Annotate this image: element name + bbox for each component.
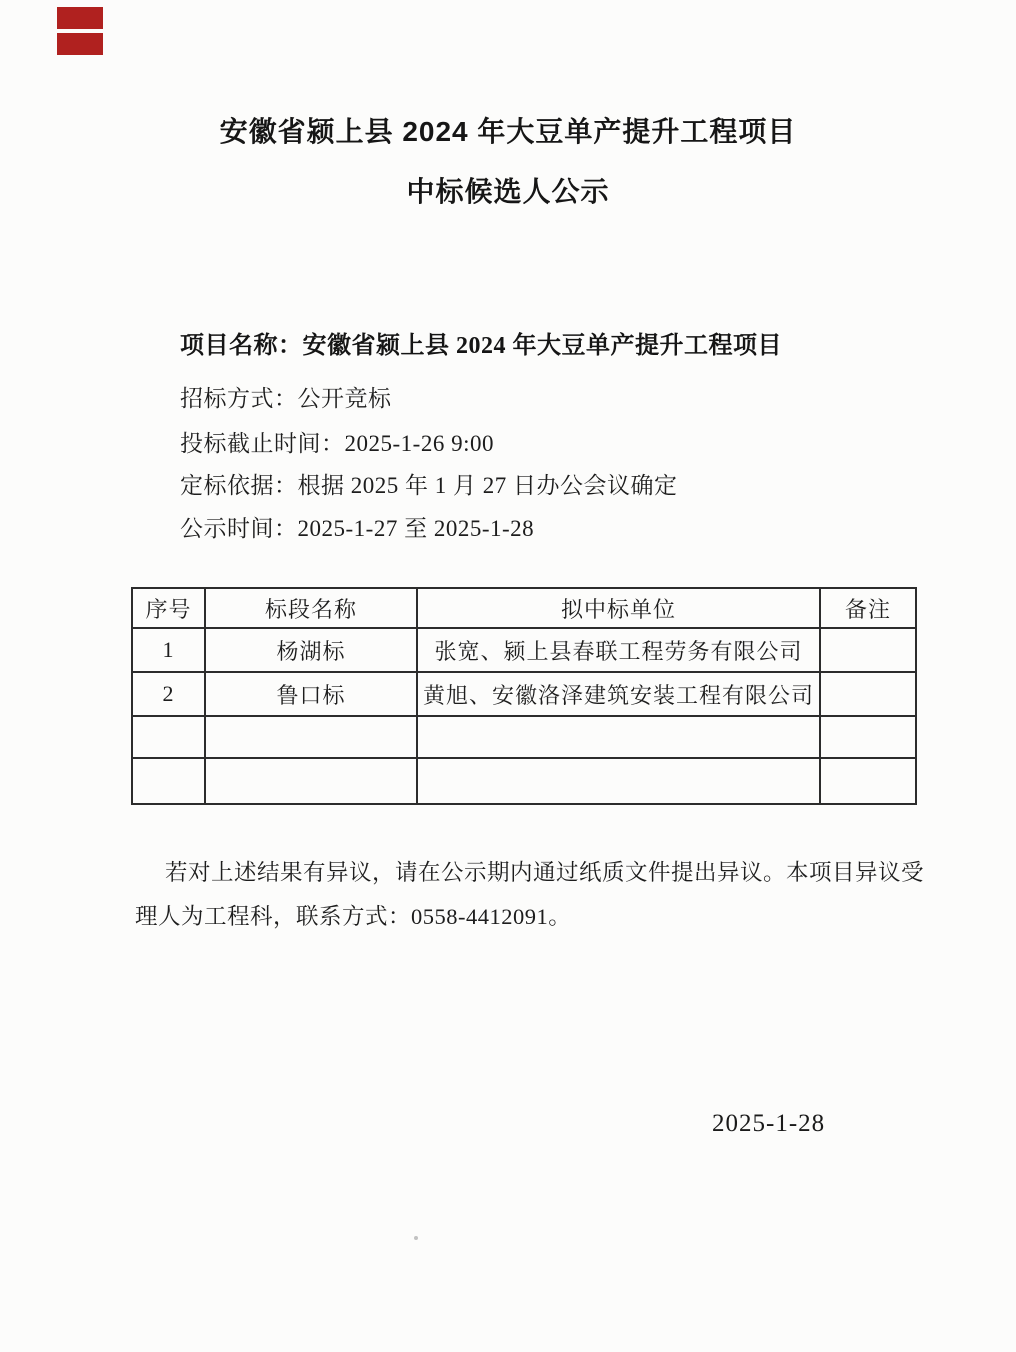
- page-title: 安徽省颍上县 2024 年大豆单产提升工程项目: [0, 110, 1016, 150]
- info-line-bid-deadline: 投标截止时间：2025-1-26 9:00: [180, 425, 494, 458]
- table-cell-winner: 张宽、颍上县春联工程劳务有限公司: [418, 629, 821, 673]
- page-subtitle: 中标候选人公示: [0, 170, 1016, 210]
- table-header-section-name: 标段名称: [206, 589, 418, 629]
- table-cell-winner: [418, 717, 821, 759]
- table-header-seq: 序号: [133, 589, 206, 629]
- table-header-winner: 拟中标单位: [418, 589, 821, 629]
- objection-notice-paragraph: 若对上述结果有异议，请在公示期内通过纸质文件提出异议。本项目异议受 理人为工程科…: [135, 851, 905, 939]
- table-cell-seq: 2: [133, 673, 206, 717]
- notice-line-2: 理人为工程科，联系方式：0558-4412091。: [135, 895, 905, 939]
- footer-date: 2025-1-28: [712, 1110, 825, 1138]
- info-line-award-basis: 定标依据：根据 2025 年 1 月 27 日办公会议确定: [180, 467, 678, 500]
- table-cell-section-name: 杨湖标: [206, 629, 418, 673]
- table-cell-winner: 黄旭、安徽洛泽建筑安装工程有限公司: [418, 673, 821, 717]
- red-stamp-mark-bottom: [57, 33, 103, 55]
- table-cell-remark: [821, 759, 915, 803]
- table-cell-winner: [418, 759, 821, 803]
- table-cell-seq: 1: [133, 629, 206, 673]
- table-cell-remark: [821, 673, 915, 717]
- document-page: 安徽省颍上县 2024 年大豆单产提升工程项目 中标候选人公示 项目名称：安徽省…: [0, 0, 1016, 1352]
- info-line-bidding-method: 招标方式：公开竞标: [180, 380, 392, 413]
- table-cell-remark: [821, 629, 915, 673]
- table-header-remark: 备注: [821, 589, 915, 629]
- paper-speck: [414, 1236, 418, 1240]
- info-line-project-name: 项目名称：安徽省颍上县 2024 年大豆单产提升工程项目: [180, 325, 782, 360]
- bid-candidate-table: 序号 标段名称 拟中标单位 备注 1 杨湖标 张宽、颍上县春联工程劳务有限公司 …: [131, 587, 917, 805]
- table-cell-seq: [133, 717, 206, 759]
- table-cell-remark: [821, 717, 915, 759]
- table-cell-section-name: [206, 717, 418, 759]
- table-cell-section-name: [206, 759, 418, 803]
- table-cell-section-name: 鲁口标: [206, 673, 418, 717]
- red-stamp-mark-top: [57, 7, 103, 29]
- notice-line-1: 若对上述结果有异议，请在公示期内通过纸质文件提出异议。本项目异议受: [135, 851, 905, 895]
- table-cell-seq: [133, 759, 206, 803]
- info-line-publicity-period: 公示时间：2025-1-27 至 2025-1-28: [180, 510, 534, 543]
